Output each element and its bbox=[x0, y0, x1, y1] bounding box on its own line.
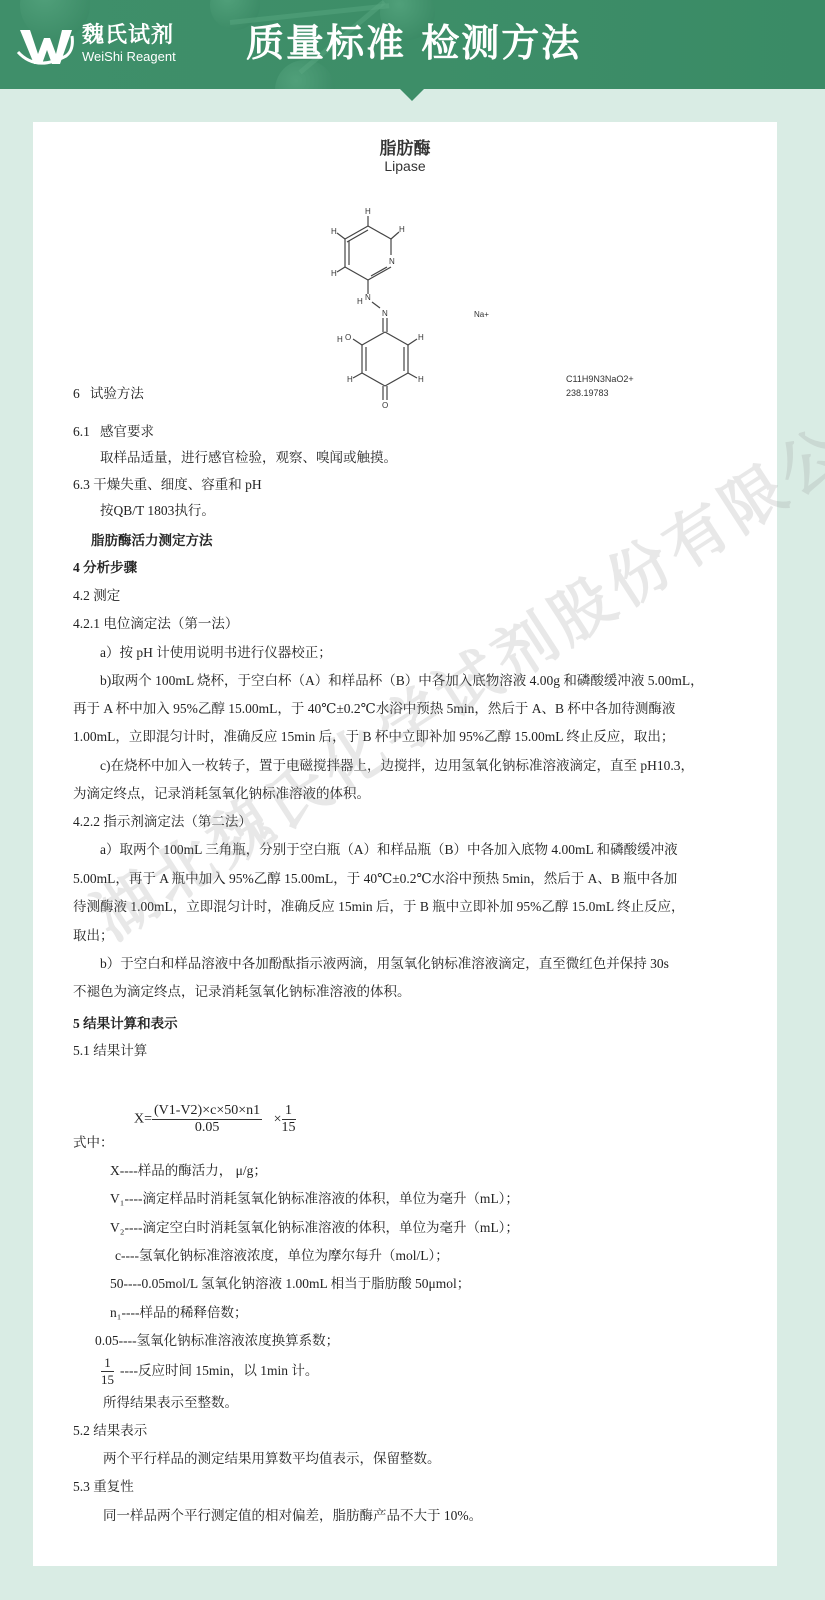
svg-text:N: N bbox=[365, 293, 371, 302]
svg-text:H: H bbox=[365, 207, 371, 216]
weishi-logo-icon bbox=[16, 16, 76, 72]
logo-name-cn: 魏氏试剂 bbox=[82, 23, 176, 49]
section-4-heading: 4 分析步骤 bbox=[73, 559, 137, 577]
svg-text:H: H bbox=[347, 375, 353, 384]
factor-denominator: 15 bbox=[282, 1120, 296, 1136]
section-4-2-1-heading: 4.2.1 电位滴定法（第一法） bbox=[73, 615, 238, 633]
paragraph: 再于 A 杯中加入 95%乙醇 15.00mL，于 40℃±0.2℃水浴中预热 … bbox=[73, 700, 675, 718]
svg-text:N: N bbox=[389, 257, 395, 266]
variable-definition: 0.05----氢氧化钠标准溶液浓度换算系数； bbox=[95, 1332, 339, 1350]
variable-definition: 50----0.05mol/L 氢氧化钠溶液 1.00mL 相当于脂肪酸 50μ… bbox=[110, 1275, 470, 1293]
svg-text:H: H bbox=[418, 375, 424, 384]
product-title-en: Lipase bbox=[33, 158, 777, 174]
paragraph: b）于空白和样品溶液中各加酚酞指示液两滴，用氢氧化钠标准溶液滴定，直至微红色并保… bbox=[100, 955, 669, 973]
section-5-3-heading: 5.3 重复性 bbox=[73, 1478, 134, 1496]
molecular-mass: 238.19783 bbox=[566, 386, 634, 400]
svg-text:H: H bbox=[337, 335, 343, 344]
paragraph: 不褪色为滴定终点，记录消耗氢氧化钠标准溶液的体积。 bbox=[73, 983, 411, 1001]
brand-logo: 魏氏试剂 WeiShi Reagent bbox=[16, 14, 176, 74]
svg-text:H: H bbox=[399, 225, 405, 234]
formula-factor-fraction: 115 bbox=[282, 1103, 296, 1136]
document-card: 脂肪酶 Lipase bbox=[33, 122, 777, 1566]
paragraph: b)取两个 100mL 烧杯，于空白杯（A）和样品杯（B）中各加入底物溶液 4.… bbox=[100, 672, 704, 690]
logo-name-en: WeiShi Reagent bbox=[82, 49, 176, 65]
formula-main-fraction: (V1-V2)×c×50×n10.05 bbox=[152, 1103, 262, 1136]
paragraph: a）按 pH 计使用说明书进行仪器校正； bbox=[100, 644, 332, 662]
calculation-formula: X=(V1-V2)×c×50×n10.05 ×115 bbox=[134, 1103, 296, 1143]
factor-numerator: 1 bbox=[282, 1103, 296, 1120]
chemical-structure-diagram: H H H H N N H N O H H H H O bbox=[323, 192, 483, 412]
svg-text:H: H bbox=[331, 227, 337, 236]
header-notch bbox=[400, 89, 424, 101]
svg-text:H: H bbox=[357, 297, 363, 306]
fraction-one-fifteenth: 115 bbox=[101, 1355, 114, 1388]
svg-text:H: H bbox=[418, 333, 424, 342]
formula-numerator: (V1-V2)×c×50×n1 bbox=[152, 1103, 262, 1120]
variable-definition: V₁----滴定样品时消耗氢氧化钠标准溶液的体积，单位为毫升（mL）； bbox=[110, 1190, 519, 1208]
fraction-definition: ----反应时间 15min，以 1min 计。 bbox=[120, 1362, 318, 1380]
section-6-1-heading: 6.1 感官要求 bbox=[73, 423, 154, 441]
variable-definition: c----氢氧化钠标准溶液浓度，单位为摩尔每升（mol/L）； bbox=[115, 1247, 449, 1265]
paragraph: 5.00mL，再于 A 瓶中加入 95%乙醇 15.00mL，于 40℃±0.2… bbox=[73, 870, 677, 888]
formula-lhs: X= bbox=[134, 1112, 152, 1127]
fraction-den: 15 bbox=[101, 1372, 114, 1388]
header-banner: 魏氏试剂 WeiShi Reagent 质量标准 检测方法 bbox=[0, 0, 825, 89]
svg-text:N: N bbox=[382, 309, 388, 318]
variable-definition: n₁----样品的稀释倍数； bbox=[110, 1304, 247, 1322]
svg-text:O: O bbox=[382, 401, 388, 410]
fraction-num: 1 bbox=[101, 1355, 114, 1372]
variable-definition: V₂----滴定空白时消耗氢氧化钠标准溶液的体积，单位为毫升（mL）； bbox=[110, 1219, 519, 1237]
page-title: 质量标准 检测方法 bbox=[246, 18, 581, 68]
counter-ion-label: Na+ bbox=[474, 310, 489, 319]
section-6-3-heading: 6.3 干燥失重、细度、容重和 pH bbox=[73, 476, 262, 494]
product-title-cn: 脂肪酶 bbox=[33, 134, 777, 159]
where-label: 式中： bbox=[73, 1134, 114, 1152]
paragraph: 为滴定终点，记录消耗氢氧化钠标准溶液的体积。 bbox=[73, 785, 370, 803]
paragraph: 待测酶液 1.00mL，立即混匀计时，准确反应 15min 后，于 B 瓶中立即… bbox=[73, 898, 685, 916]
paragraph: 两个平行样品的测定结果用算数平均值表示，保留整数。 bbox=[103, 1450, 441, 1468]
paragraph: 所得结果表示至整数。 bbox=[103, 1394, 238, 1412]
variable-definition: X----样品的酶活力， μ/g； bbox=[110, 1162, 267, 1180]
section-6-heading: 6 试验方法 bbox=[73, 385, 144, 403]
section-4-2-2-heading: 4.2.2 指示剂滴定法（第二法） bbox=[73, 813, 252, 831]
variable-definition: 115 ----反应时间 15min，以 1min 计。 bbox=[101, 1354, 318, 1388]
formula-times: × bbox=[274, 1112, 282, 1127]
section-5-2-heading: 5.2 结果表示 bbox=[73, 1422, 147, 1440]
paragraph: c)在烧杯中加入一枚转子，置于电磁搅拌器上，边搅拌，边用氢氧化钠标准溶液滴定，直… bbox=[100, 757, 694, 775]
paragraph: 同一样品两个平行测定值的相对偏差，脂肪酶产品不大于 10%。 bbox=[103, 1507, 482, 1525]
paragraph: a）取两个 100mL 三角瓶，分别于空白瓶（A）和样品瓶（B）中各加入底物 4… bbox=[100, 841, 678, 859]
molecular-formula: C11H9N3NaO2+ 238.19783 bbox=[566, 372, 634, 400]
section-4-2-heading: 4.2 测定 bbox=[73, 587, 120, 605]
paragraph: 1.00mL，立即混匀计时，准确反应 15min 后，于 B 杯中立即补加 95… bbox=[73, 728, 674, 746]
formula-text: C11H9N3NaO2+ bbox=[566, 372, 634, 386]
svg-text:H: H bbox=[331, 269, 337, 278]
method-title: 脂肪酶活力测定方法 bbox=[91, 532, 213, 550]
paragraph: 取样品适量，进行感官检验，观察、嗅闻或触摸。 bbox=[100, 449, 397, 467]
paragraph: 取出； bbox=[73, 927, 114, 945]
svg-text:O: O bbox=[345, 333, 351, 342]
section-5-1-heading: 5.1 结果计算 bbox=[73, 1042, 147, 1060]
formula-denominator: 0.05 bbox=[152, 1120, 262, 1136]
paragraph: 按QB/T 1803执行。 bbox=[100, 502, 215, 520]
section-5-heading: 5 结果计算和表示 bbox=[73, 1015, 178, 1033]
